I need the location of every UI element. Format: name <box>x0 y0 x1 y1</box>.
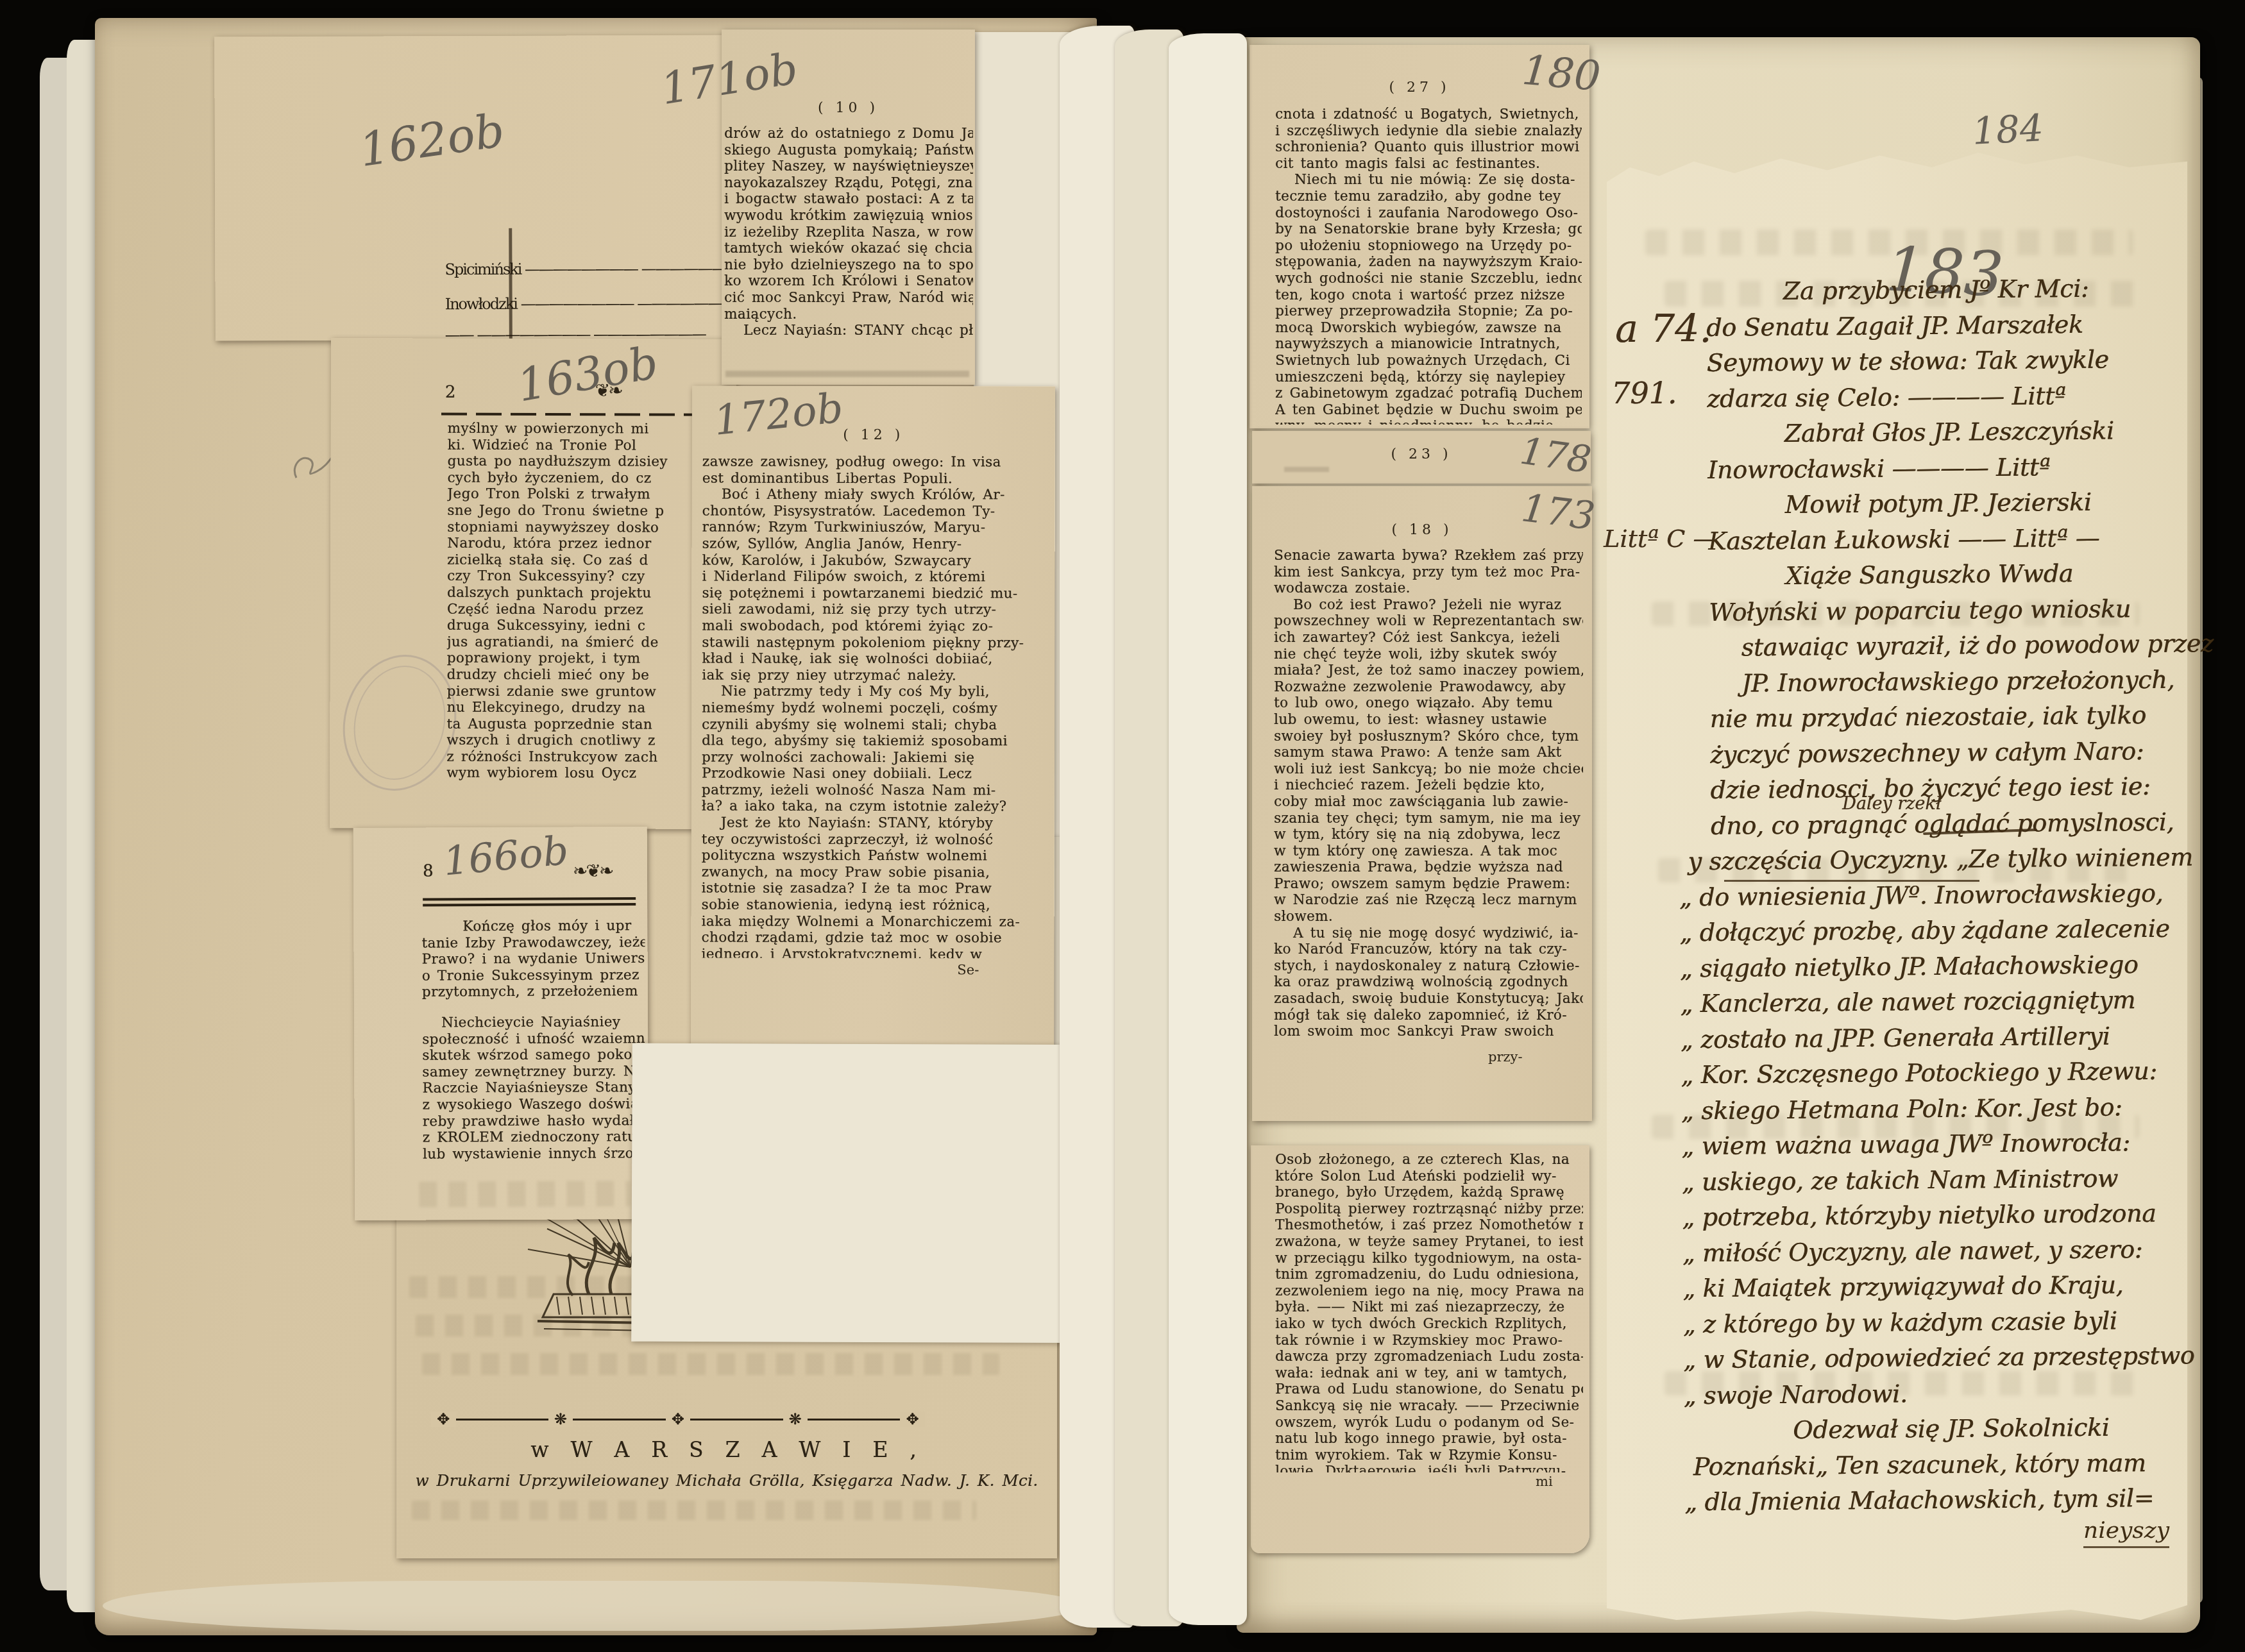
page-number: 8 <box>423 863 434 880</box>
bleed-through-mark <box>422 1353 999 1375</box>
text-line: iednego, i Arystokratycznemi, kędy w <box>701 946 1047 958</box>
text-line: nie chęć teyże woli, iżby skutek swóy <box>1274 646 1583 663</box>
text-line: patrzmy, ieżeli wolność Nasza Nam mi- <box>702 782 1048 799</box>
text-line: z Gabinetowym zgadzać potrafią Duchem. <box>1275 385 1582 402</box>
text-line: przy wolności zachowali: Jakiemi się <box>702 749 1048 766</box>
text-line: chontów, Pisysystratów. Lacedemon Ty- <box>702 503 1049 520</box>
catchword: przy- <box>1488 1049 1523 1065</box>
imprint-city: w W A R S Z A W I E , <box>396 1442 1057 1458</box>
page-header: ( 23 ) <box>1252 446 1591 462</box>
text-line: lub wystawienie innych śrzodk <box>423 1145 646 1163</box>
text-line: po ułożeniu stopniowego na Urzędy po- <box>1275 238 1582 255</box>
text-line: Prawo? i na wydanie Uniwersa <box>422 950 645 968</box>
text-line: skutek wśrzod samego pokoiu, b <box>422 1047 645 1064</box>
ink-stroke <box>509 228 513 350</box>
text-line: samey zewnętrzney burzy. Nie <box>422 1063 645 1081</box>
list-row-cut: —— ———————— ———————— <box>445 325 706 337</box>
text-line: „ swoje Narodowi. <box>1684 1377 2184 1417</box>
text-line: przytomnych, z przełożeniem g <box>422 983 645 1000</box>
text-line: cit tanto magis falsi ac festinantes. <box>1275 156 1582 173</box>
text-line: „ wiem ważna uwaga JWº Inowrocła: <box>1681 1128 2181 1168</box>
text-line: nayokazalszey Rządu, Potęgi, znaczenia <box>724 175 973 192</box>
bleed-through-mark <box>419 1181 631 1207</box>
text-line: ten, kogo cnota i wartość przez niższe <box>1275 287 1582 304</box>
text-line: w tym który onę zawiesza. A tak moc <box>1274 843 1583 860</box>
print-column: drów aż do ostatniego z Domu Jagieloń-sk… <box>724 126 973 364</box>
text-line: coby miał moc zawściągania lub zawie- <box>1274 794 1583 811</box>
text-line: Kończę głos móy i upr <box>421 918 645 935</box>
print-paragraph-cut: Niechcieycie Nayiaśnieyspołeczność i ufn… <box>422 1014 646 1172</box>
text-line: i Niderland Filipów swoich, z któremi <box>702 569 1048 586</box>
text-line: nie było dzielnieyszego na to sposobu ia… <box>724 257 973 274</box>
text-line: ✥ <box>900 1412 925 1427</box>
text-line: mógł tak się daleko zapomnieć, iż Kró- <box>1274 1007 1583 1024</box>
imprint-printer: w Drukarni Uprzywileiowaney Michała Gröl… <box>396 1472 1057 1489</box>
text-line: nie mu przydać niezostaie, iak tylko <box>1677 701 2178 741</box>
catchword: nieyszy <box>2083 1517 2169 1548</box>
text-line: ła? a iako taka, na czym istotnie zależy… <box>702 798 1048 816</box>
text-line: szów, Syllów, Anglia Janów, Henry- <box>702 536 1049 553</box>
text-line: powszechney woli w Reprezentantach swo- <box>1274 613 1583 630</box>
text-line: Za przybyciem Jº Kr Mci: <box>1674 274 2174 314</box>
text-line: miała? Jest, że toż samo inaczey powiem, <box>1274 662 1583 679</box>
text-line: Rozważne zezwolenie Prawodawcy, aby <box>1274 679 1583 696</box>
text-line: „ do wniesienia JWº. Inowrocławskiego, <box>1679 879 2180 918</box>
catchword: Se- <box>957 962 979 977</box>
text-line: słowem. <box>1274 909 1583 925</box>
print-paragraph-cut: Kończę głos móy i uprtanie Izby Prawodaw… <box>421 918 645 1006</box>
text-line: tamtych wieków okazać się chciała stanie… <box>724 240 973 257</box>
text-line: wywodu krótkim zawięzuią wnioskiem, <box>724 208 973 224</box>
text-line: Xiąże Sanguszko Wwda <box>1676 559 2176 598</box>
text-line: stych, i naydoskonaley z naturą Człowie- <box>1274 958 1583 975</box>
cut-line-smudge <box>1284 467 1329 472</box>
text-line: polityczna wszystkich Państw wolnemi <box>702 848 1048 865</box>
text-line: reby prawdziwe hasło wydały: <box>423 1113 646 1130</box>
text-line: pierwey przeprowadziła Stopnie; Za po- <box>1275 303 1582 320</box>
print-column: zawsze zawisney, podług owego: In visaes… <box>701 454 1048 959</box>
text-line: swoiey był posłusznym? Skóro chce, tym <box>1274 729 1583 745</box>
text-line: lom swoim moc Sankcyi Praw swoich <box>1274 1024 1583 1040</box>
text-line: Niech mi tu nie mówią: Ze się dosta- <box>1275 172 1582 189</box>
cut-line-smudge <box>725 371 969 377</box>
text-line: JP. Inowrocławskiego przełożonych, <box>1677 665 2178 705</box>
pencil-foliation: 163ob <box>513 336 661 412</box>
text-line: woli iuż iest Sankcyą; bo nie może chcie… <box>1274 761 1583 778</box>
text-line: tak równie i w Rzymskiey moc Prawo- <box>1275 1333 1583 1349</box>
text-line: sobie stanowienia, iedyną iest różnicą, <box>702 897 1048 914</box>
text-line: w tym, który się na nią zdobywa, lecz <box>1274 827 1583 843</box>
text-line: Swietnych lub poważnych Urzędach, Ci <box>1275 353 1582 369</box>
manuscript-text: Za przybyciem Jº Kr Mci:do Senatu Zagaił… <box>1674 274 2185 1524</box>
text-line: „ Kor. Szczęsnego Potockiego y Rzewu: <box>1681 1057 2181 1097</box>
text-line: Lecz Nayiaśn: STANY chcąc płonność <box>724 323 973 339</box>
text-line: stępowania, żaden na naywyższym Kraio- <box>1275 254 1582 271</box>
text-line: ko wzorem Ich Królowi i Senatowi wró- <box>724 273 973 290</box>
text-line: Bo coż iest Prawo? Jeżeli nie wyraz <box>1274 597 1583 614</box>
text-line: sieli zawodami, niż się przy tych utrzy- <box>702 602 1048 619</box>
text-line: „ uskiego, ze takich Nam Ministrow <box>1682 1163 2182 1203</box>
text-line: społeczność i ufność wzaiemną, <box>422 1031 645 1048</box>
text-line: Kasztelan Łukowski —— Littª — <box>1676 523 2176 562</box>
text-line: Raczcie Nayiaśnieysze Stany zbl <box>422 1079 645 1097</box>
archival-scan: 162ob Spicimiński ———————— ———————— Inow… <box>0 0 2245 1652</box>
text-line: mocą Dworskich wybiegów, zawsze na <box>1275 320 1582 337</box>
text-line: plitey Naszey, w nayświętnieyszey i <box>724 158 973 175</box>
text-line: stawaiąc wyraził, iż do powodow przez <box>1677 630 2177 670</box>
text-line: lub owemu, to iest: własney ustawie <box>1274 712 1583 729</box>
text-line: czynili abyśmy się wolnemi stali; chyba <box>702 716 1048 734</box>
interlinear-insertion: Daley rzekł <box>1842 794 1941 814</box>
text-line: w przeciągu kilko tygodniowym, na osta- <box>1275 1251 1583 1267</box>
text-line: ❋ <box>548 1412 573 1427</box>
text-line: iak się przy niey utrzymać należy. <box>702 667 1048 684</box>
text-line: Pospolitą pierwey roztrząsnąć niżby prze… <box>1275 1201 1583 1218</box>
text-line: „ Kanclerza, ale nawet rozciągniętym <box>1680 986 2180 1025</box>
text-line: skiego Augusta pomykaią; Państwa Rze- <box>724 142 973 159</box>
text-line: iz ieżeliby Rzeplita Nasza, w rownym <box>724 224 973 241</box>
text-line: branego, było Urzędem, każdą Sprawę <box>1275 1184 1583 1201</box>
text-line: Jest że kto Nayiaśn: STANY, któryby <box>702 815 1048 832</box>
text-line: o Tronie Sukcessyinym przez Fam <box>422 967 645 984</box>
printed-clipping-solon: Osob złożonego, a ze czterech Klas, nakt… <box>1251 1145 1589 1553</box>
text-line: z wysokiego Waszego doświadc <box>422 1096 645 1113</box>
text-line: schronienia? Quanto quis illustrior mowi… <box>1275 139 1582 156</box>
text-line: i bogactw stawało postaci: A z takiego <box>724 191 973 208</box>
text-line: tey oczywistości zaprzeczył, iż wolność <box>702 831 1048 848</box>
text-line: i szczęśliwych iedynie dla siebie znalaz… <box>1275 123 1582 140</box>
list-row: Inowłodzki ———————— ———————— <box>445 294 750 314</box>
text-line: ❋ <box>783 1412 808 1427</box>
text-line: Seymowy w te słowa: Tak zwykle <box>1675 345 2175 385</box>
text-line: Boć i Atheny miały swych Królów, Ar- <box>702 487 1049 504</box>
underline-mark <box>1724 880 1979 882</box>
floret-ornament-icon: ❧❦❧ <box>573 860 613 881</box>
dashed-rule <box>441 413 735 416</box>
text-line: iaka między Wolnemi a Monarchiczemi za- <box>701 913 1047 931</box>
text-line: wny, mocny i nieodmienny, bo będzie <box>1275 418 1582 425</box>
text-line: zasadach, swoię buduie Konstytucyą; Jako <box>1274 991 1583 1007</box>
text-line: ✥ <box>431 1412 456 1427</box>
text-line: do Senatu Zagaił JP. Marszałek <box>1674 309 2174 349</box>
text-line: wych godności nie stanie Szczeblu, iedno <box>1275 271 1582 287</box>
page-header: ( 18 ) <box>1252 522 1592 538</box>
text-line: „ miłość Oyczyzny, ale nawet, y szero: <box>1682 1235 2183 1274</box>
text-line: cić moc Sankcyi Praw, Naród wiązać <box>724 290 973 307</box>
text-line: „ zostało na JPP. Generała Artilleryi <box>1681 1021 2181 1061</box>
text-line: owszem, wyrók Ludu o podanym od Se- <box>1275 1415 1583 1431</box>
print-column: Senacie zawarta bywa? Rzekłem zaś przy-k… <box>1274 548 1583 1044</box>
bottom-leaf-edge <box>103 1581 1084 1631</box>
text-line: stawili następnym pokoleniom piękny przy… <box>702 634 1048 652</box>
text-line: „ skiego Hetmana Poln: Kor. Jest bo: <box>1681 1092 2181 1132</box>
text-line: szania tey chęci; tym samym, nie ma iey <box>1274 811 1583 827</box>
text-line: kim iest Sankcya, przy tym też moc Pra- <box>1274 564 1583 581</box>
text-line: zawieszenia Prawa, będzie wyższa nad <box>1274 859 1583 876</box>
text-line: A tu się nie mogę dosyć wydziwić, ia- <box>1274 925 1583 942</box>
text-line: „ siągało nietylko JP. Małachowskiego <box>1680 950 2180 990</box>
pencil-foliation: 166ob <box>441 827 570 885</box>
text-line: ka oraz prawdziwą wolnością zgodnych <box>1274 974 1583 991</box>
decorative-rule: ✥❋✥❋✥ <box>431 1410 925 1429</box>
text-line: z KROLEM ziednoczony ratuie <box>423 1129 646 1146</box>
text-line: Prawa od Ludu stanowione, do Senatu po <box>1275 1381 1583 1398</box>
text-line: drów aż do ostatniego z Domu Jagieloń- <box>724 126 973 142</box>
list-row: Spicimiński ———————— ———————— <box>445 259 754 278</box>
text-line: y szczęścia Oyczyzny. „Ze tylko winienem <box>1679 843 2179 883</box>
text-line: maiących. <box>724 307 973 323</box>
text-line: wodawcza zostaie. <box>1274 580 1583 597</box>
print-column: cnota i zdatność u Bogatych, Swietnych,i… <box>1275 106 1582 425</box>
text-line: dostoyności i zaufania Narodowego Oso- <box>1275 205 1582 222</box>
text-line: tanie Izby Prawodawczey, ieżeli <box>421 934 645 952</box>
catchword: mi <box>1536 1474 1553 1489</box>
printed-clipping-172: 172ob ( 12 ) zawsze zawisney, podług owe… <box>691 386 1055 1097</box>
page-number: 2 <box>445 385 456 401</box>
text-line: życzyć powszechney w całym Naro: <box>1678 736 2178 776</box>
text-line: cnota i zdatność u Bogatych, Swietnych, <box>1275 106 1582 123</box>
text-line: Thesmothetów, i zaś przez Nomothetów ro- <box>1275 1217 1583 1234</box>
page-header: ( 12 ) <box>692 427 1055 444</box>
page-header: ( 27 ) <box>1250 80 1589 96</box>
text-line: „ w Stanie, odpowiedzieć za przestępstwo <box>1683 1342 2183 1381</box>
double-rule <box>423 897 636 900</box>
text-line: Sankcyą się nie wracały. —— Przeciwnie <box>1275 1398 1583 1415</box>
text-line: tnim wyrokiem. Tak w Rzymie Konsu- <box>1275 1447 1583 1464</box>
text-line: „ ki Maiątek przywiązywał do Kraju, <box>1682 1270 2183 1310</box>
page-header: ( 10 ) <box>722 100 975 116</box>
text-line: Przodkowie Nasi oney dobiiali. Lecz <box>702 766 1048 783</box>
fore-edge-leaf <box>1169 33 1247 1625</box>
text-line: Mowił potym JP. Jezierski <box>1675 487 2176 527</box>
text-line: kład i Naukę, iak się wolności dobiiać, <box>702 651 1048 668</box>
text-line: umieszczeni będą, którzy się naylepiey <box>1275 369 1582 386</box>
text-line: zezwoleniem iego na nię, mocy Prawa na- <box>1275 1283 1583 1300</box>
text-line: ich zawartey? Cóż iest Sankcya, ieżeli <box>1274 630 1583 646</box>
text-line: to lub owo, onego wiązało. Aby temu <box>1274 695 1583 712</box>
text-line: dawcza przy zgromadzeniach Ludu zosta- <box>1275 1349 1583 1365</box>
text-line: „ z którego by w każdym czasie byli <box>1683 1306 2183 1345</box>
text-line: Odezwał się JP. Sokolnicki <box>1684 1413 2184 1453</box>
blank-cover-sheet <box>631 1043 1121 1344</box>
text-line: „ potrzeba, którzyby nietylko urodzona <box>1682 1199 2182 1239</box>
margin-year: 791. <box>1611 376 1677 410</box>
text-line: ków, Karolów, i Jakubów, Szwaycary <box>702 552 1048 569</box>
text-line: natu lub kogo innego prawie, był osta- <box>1275 1431 1583 1447</box>
text-line: Niechcieycie Nayiaśniey <box>422 1014 645 1031</box>
text-line: ko Naród Francuzów, który na tak czy- <box>1274 941 1583 958</box>
text-line: Zabrał Głos JP. Leszczyński <box>1675 416 2175 456</box>
text-line: które Solon Lud Ateński podzielił wy- <box>1275 1168 1583 1185</box>
text-line: ✥ <box>666 1412 691 1427</box>
text-line: była. —— Nikt mi zaś niezaprzeczy, że <box>1275 1299 1583 1316</box>
text-line: tecznie temu zaradziło, aby godne tey <box>1275 189 1582 205</box>
bleed-through-mark <box>412 1501 976 1520</box>
printed-clipping-166: 166ob 8 ❧❦❧ Kończę głos móy i uprtanie I… <box>353 827 649 1220</box>
text-line: zwanych, na mocy Praw sobie pisania, <box>702 864 1048 881</box>
text-line: Wołyński w poparciu tego wniosku <box>1677 594 2177 634</box>
text-line: tnim zgromadzeniu, do Ludu odniesiona, <box>1275 1267 1583 1283</box>
text-line: zdarza się Celo: ———— Littª <box>1675 380 2175 420</box>
text-line: naywyższych a mianowicie Intratnych, <box>1275 336 1582 353</box>
text-line: Inowrocławski ———— Littª <box>1675 451 2176 491</box>
text-line: Poznański„ Ten szacunek, który mam <box>1684 1448 2185 1488</box>
text-line: się potężnemi i powtarzanemi biedzić mu- <box>702 585 1048 602</box>
printed-clipping-178: 178 ( 23 ) <box>1252 431 1591 484</box>
print-column: Osob złożonego, a ze czterech Klas, nakt… <box>1275 1152 1583 1472</box>
text-line: by na Senatorskie brane były Krzesła; gd… <box>1275 221 1582 238</box>
text-line: rannów; Rzym Turkwiniuszów, Maryu- <box>702 519 1049 537</box>
text-line: i niechcieć razem. Jeżeli będzie kto, <box>1274 777 1583 794</box>
floret-ornament-icon: ❦❧ <box>595 380 622 401</box>
pencil-foliation: 162ob <box>356 103 508 177</box>
pencil-foliation: 184 <box>1971 106 2044 153</box>
text-line: A ten Gabinet będzie w Duchu swoim pe- <box>1275 402 1582 419</box>
text-line: Prawo; owszem samym będzie Prawem: <box>1274 876 1583 893</box>
text-line: chodzi rządami, gdzie taż moc w osobie <box>701 930 1047 947</box>
text-line: zawsze zawisney, podług owego: In visa <box>702 454 1049 471</box>
printed-clipping-173: 173 ( 18 ) Senacie zawarta bywa? Rzekłem… <box>1252 486 1592 1121</box>
text-line: mali swobodach, pod któremi żyiąc zo- <box>702 618 1048 635</box>
text-line: samym stawa Prawo: A tenże sam Akt <box>1274 745 1583 761</box>
printed-clipping-180: 180 ( 27 ) cnota i zdatność u Bogatych, … <box>1250 45 1589 428</box>
text-line: est dominantibus Libertas Populi. <box>702 470 1049 487</box>
text-line: „ dołączyć prozbę, aby żądane zalecenie <box>1679 914 2180 954</box>
text-line: w Narodzie zaś nie Rzęczą lecz marnym <box>1274 892 1583 909</box>
text-line: zważona, w teyże samey Prytanei, to iest… <box>1275 1234 1583 1251</box>
text-line: Osob złożonego, a ze czterech Klas, na <box>1275 1152 1583 1168</box>
text-line: Senacie zawarta bywa? Rzekłem zaś przy- <box>1274 548 1583 564</box>
text-line: dla tego, abyśmy się takiemiż sposobami <box>702 733 1048 750</box>
text-line: iako w tych dwóch Greckich Rzplitych, <box>1275 1316 1583 1333</box>
text-line: wała: iednak ani w tey, ani w tamtych, <box>1275 1365 1583 1382</box>
text-line: niemeśmy bydź wolnemi poczęli, cośmy <box>702 700 1048 717</box>
text-line: lowie, Dyktaerowie, ieśli byli Patrycyu- <box>1275 1463 1583 1472</box>
text-line: istotnie się zasadza? I że ta moc Praw <box>702 881 1048 898</box>
text-line: Nie patrzmy tedy i My coś My byli, <box>702 684 1048 701</box>
